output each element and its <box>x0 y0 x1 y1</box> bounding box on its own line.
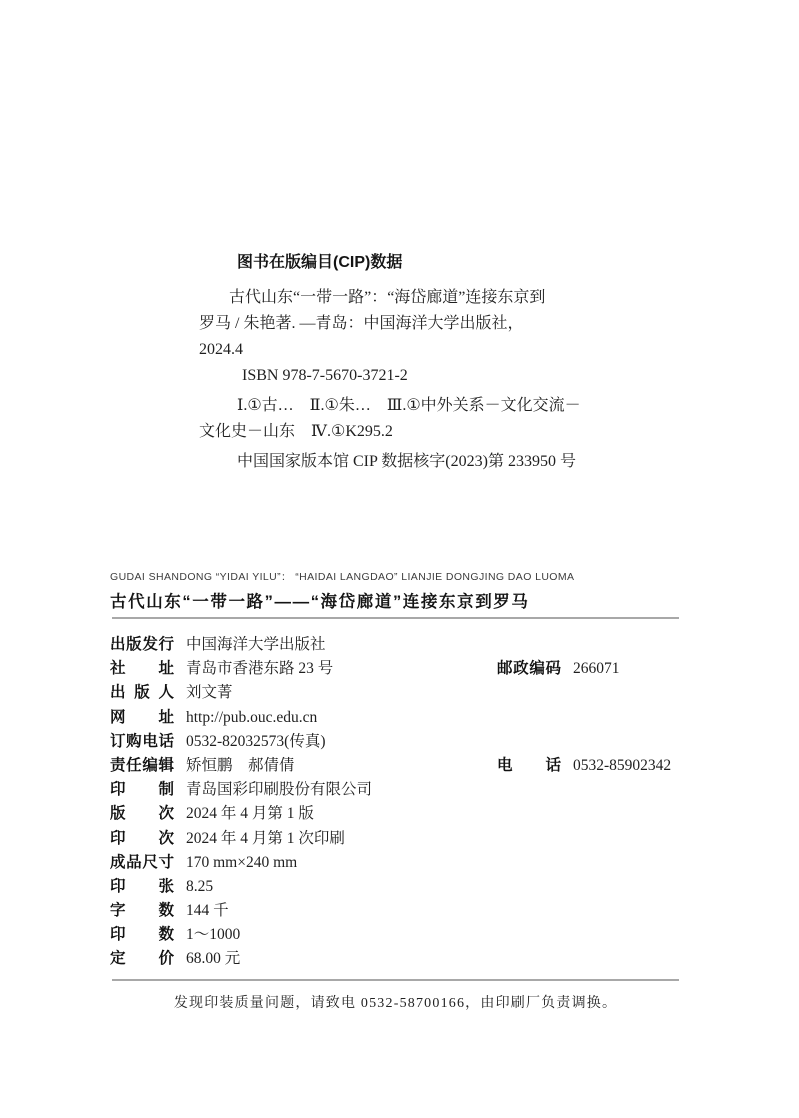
colophon-row-size: 成品尺寸170 mm×240 mm <box>110 850 679 874</box>
row-value: 青岛市香港东路 23 号 <box>186 660 333 677</box>
colophon-row-sheets: 印张8.25 <box>110 874 679 898</box>
colophon-row-print-run: 印数1～1000 <box>110 922 679 946</box>
row-label: 印数 <box>110 922 174 944</box>
row-value: 2024 年 4 月第 1 次印刷 <box>186 830 345 847</box>
colophon-row-order-phone: 订购电话0532-82032573(传真) <box>110 729 679 753</box>
colophon-row-word-count: 字数144 千 <box>110 898 679 922</box>
colophon-row-website: 网址http://pub.ouc.edu.cn <box>110 705 679 729</box>
row-label: 社址 <box>110 656 174 678</box>
row-label: 电话 <box>497 753 561 775</box>
cip-classification: Ⅰ.①古… Ⅱ.①朱… Ⅲ.①中外关系－文化交流－ <box>237 393 599 419</box>
row-label: 字数 <box>110 898 174 920</box>
cip-line: 古代山东“一带一路”：“海岱廊道”连接东京到 <box>229 285 599 311</box>
colophon-row-address: 社址青岛市香港东路 23 号 邮政编码266071 <box>110 656 679 680</box>
colophon-row-price: 定价68.00 元 <box>110 946 679 970</box>
cip-isbn: ISBN 978-7-5670-3721-2 <box>242 363 599 389</box>
row-label: 网址 <box>110 705 174 727</box>
row-value: 8.25 <box>186 878 213 895</box>
row-value: 0532-82032573(传真) <box>186 733 326 750</box>
row-value: 矫恒鹏 郝倩倩 <box>186 757 295 774</box>
row-label: 成品尺寸 <box>110 850 174 872</box>
quality-note: 发现印装质量问题，请致电 0532-58700166，由印刷厂负责调换。 <box>112 992 679 1012</box>
divider-top <box>112 617 679 619</box>
colophon-row-postcode: 邮政编码266071 <box>497 656 620 678</box>
cip-block: 图书在版编目(CIP)数据 古代山东“一带一路”：“海岱廊道”连接东京到 罗马 … <box>199 250 599 475</box>
book-title-pinyin: GUDAI SHANDONG “YIDAI YILU”： “HAIDAI LAN… <box>110 569 574 584</box>
colophon-row-printer: 印制青岛国彩印刷股份有限公司 <box>110 777 679 801</box>
colophon-row-edition: 版次2024 年 4 月第 1 版 <box>110 801 679 825</box>
cip-line: 罗马 / 朱艳著. —青岛：中国海洋大学出版社， <box>199 311 599 337</box>
divider-bottom <box>112 979 679 981</box>
cip-line: 2024.4 <box>199 337 599 363</box>
row-value: 144 千 <box>186 902 229 919</box>
row-label: 出版发行 <box>110 632 174 654</box>
row-value: 2024 年 4 月第 1 版 <box>186 805 314 822</box>
book-copyright-page: 图书在版编目(CIP)数据 古代山东“一带一路”：“海岱廊道”连接东京到 罗马 … <box>0 0 799 1118</box>
row-value: 0532-85902342 <box>573 757 671 774</box>
row-label: 订购电话 <box>110 729 174 751</box>
row-label: 邮政编码 <box>497 656 561 678</box>
book-title-chinese: 古代山东“一带一路”——“海岱廊道”连接东京到罗马 <box>110 588 574 612</box>
cip-classification: 文化史－山东 Ⅳ.①K295.2 <box>199 419 599 445</box>
row-label: 责任编辑 <box>110 753 174 775</box>
row-value: 刘文菁 <box>186 684 233 701</box>
row-label: 版次 <box>110 801 174 823</box>
row-label: 印制 <box>110 777 174 799</box>
colophon-row-publisher: 出版发行中国海洋大学出版社 <box>110 632 679 656</box>
row-value: 68.00 元 <box>186 950 240 967</box>
row-value website-url: http://pub.ouc.edu.cn <box>186 709 317 726</box>
row-label: 印次 <box>110 826 174 848</box>
row-label: 出版人 <box>110 680 174 702</box>
row-value: 170 mm×240 mm <box>186 854 297 871</box>
row-label: 印张 <box>110 874 174 896</box>
cip-heading: 图书在版编目(CIP)数据 <box>237 250 599 276</box>
row-value: 青岛国彩印刷股份有限公司 <box>186 781 372 798</box>
row-value: 1～1000 <box>186 926 240 943</box>
row-value: 266071 <box>573 660 620 677</box>
row-label: 定价 <box>110 946 174 968</box>
colophon-row-impression: 印次2024 年 4 月第 1 次印刷 <box>110 826 679 850</box>
colophon-row-phone: 电话0532-85902342 <box>497 753 671 775</box>
cip-record-number: 中国国家版本馆 CIP 数据核字(2023)第 233950 号 <box>237 449 599 475</box>
colophon-table: 出版发行中国海洋大学出版社 社址青岛市香港东路 23 号 邮政编码266071 … <box>110 632 679 971</box>
row-value: 中国海洋大学出版社 <box>186 636 326 653</box>
title-block: GUDAI SHANDONG “YIDAI YILU”： “HAIDAI LAN… <box>110 569 574 612</box>
colophon-row-editors: 责任编辑矫恒鹏 郝倩倩 电话0532-85902342 <box>110 753 679 777</box>
colophon-row-publisher-person: 出版人刘文菁 <box>110 680 679 704</box>
